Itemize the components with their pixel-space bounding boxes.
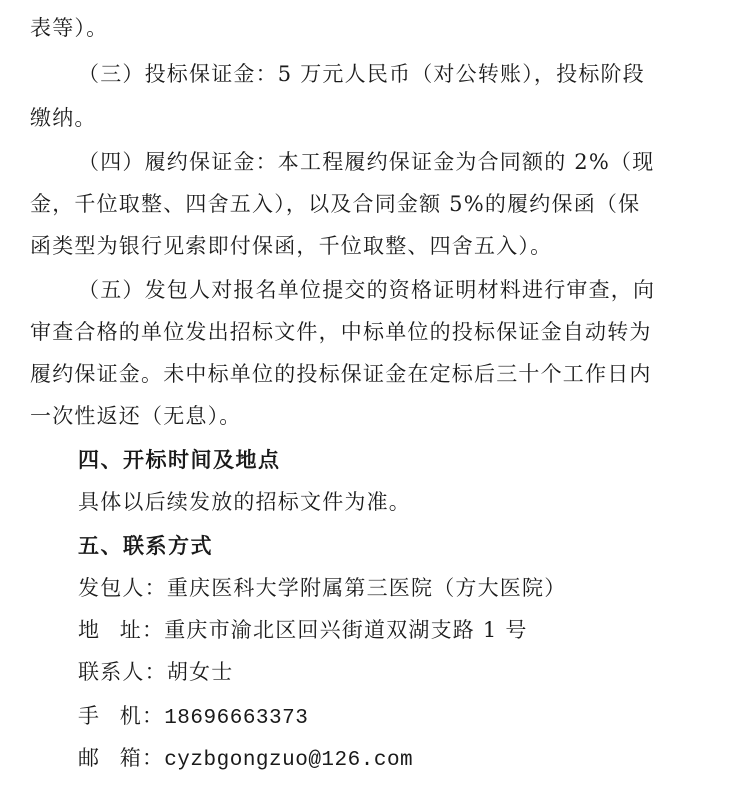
paragraph-line: 表等）。	[30, 14, 702, 42]
contact-value: 胡女士	[167, 660, 234, 684]
paragraph-review-line-4: 一次性返还（无息）。	[30, 402, 702, 430]
contact-separator: ：	[142, 704, 164, 728]
contact-label: 发包人	[78, 574, 145, 602]
paragraph-review-line-2: 审查合格的单位发出招标文件，中标单位的投标保证金自动转为	[30, 318, 702, 346]
paragraph-performance-bond-line-2: 金，千位取整、四舍五入），以及合同金额 5%的履约保函（保	[30, 190, 702, 218]
section-body-bid-opening: 具体以后续发放的招标文件为准。	[78, 488, 730, 516]
paragraph-performance-bond-line-1: （四）履约保证金：本工程履约保证金为合同额的 2%（现	[78, 148, 702, 176]
contact-separator: ：	[145, 576, 167, 600]
contact-separator: ：	[142, 618, 164, 642]
contact-row-person: 联系人：胡女士	[78, 658, 730, 686]
contact-row-address: 地址：重庆市渝北区回兴街道双湖支路 1 号	[78, 616, 730, 644]
contact-value: 重庆医科大学附属第三医院（方大医院）	[167, 576, 567, 600]
contact-row-email: 邮箱：cyzbgongzuo@126.com	[78, 744, 730, 775]
paragraph-review-line-3: 履约保证金。未中标单位的投标保证金在定标后三十个工作日内	[30, 360, 702, 388]
contact-label: 联系人	[78, 658, 145, 686]
contact-value: 重庆市渝北区回兴街道双湖支路 1 号	[164, 618, 527, 642]
contact-row-phone: 手机：18696663373	[78, 702, 730, 733]
email-address: cyzbgongzuo@126.com	[164, 749, 413, 772]
contact-label: 地址	[78, 616, 142, 644]
paragraph-performance-bond-line-3: 函类型为银行见索即付保函，千位取整、四舍五入）。	[30, 232, 702, 260]
section-heading-bid-opening: 四、开标时间及地点	[78, 446, 730, 474]
contact-separator: ：	[142, 746, 164, 770]
paragraph-review-line-1: （五）发包人对报名单位提交的资格证明材料进行审查，向	[78, 276, 702, 304]
paragraph-bid-bond-line-2: 缴纳。	[30, 104, 702, 132]
contact-label: 邮箱	[78, 744, 142, 772]
paragraph-bid-bond-line-1: （三）投标保证金：5 万元人民币（对公转账），投标阶段	[78, 60, 702, 88]
section-heading-contact: 五、联系方式	[78, 532, 730, 560]
phone-number: 18696663373	[164, 707, 308, 730]
contact-row-employer: 发包人：重庆医科大学附属第三医院（方大医院）	[78, 574, 730, 602]
contact-label: 手机	[78, 702, 142, 730]
contact-separator: ：	[145, 660, 167, 684]
